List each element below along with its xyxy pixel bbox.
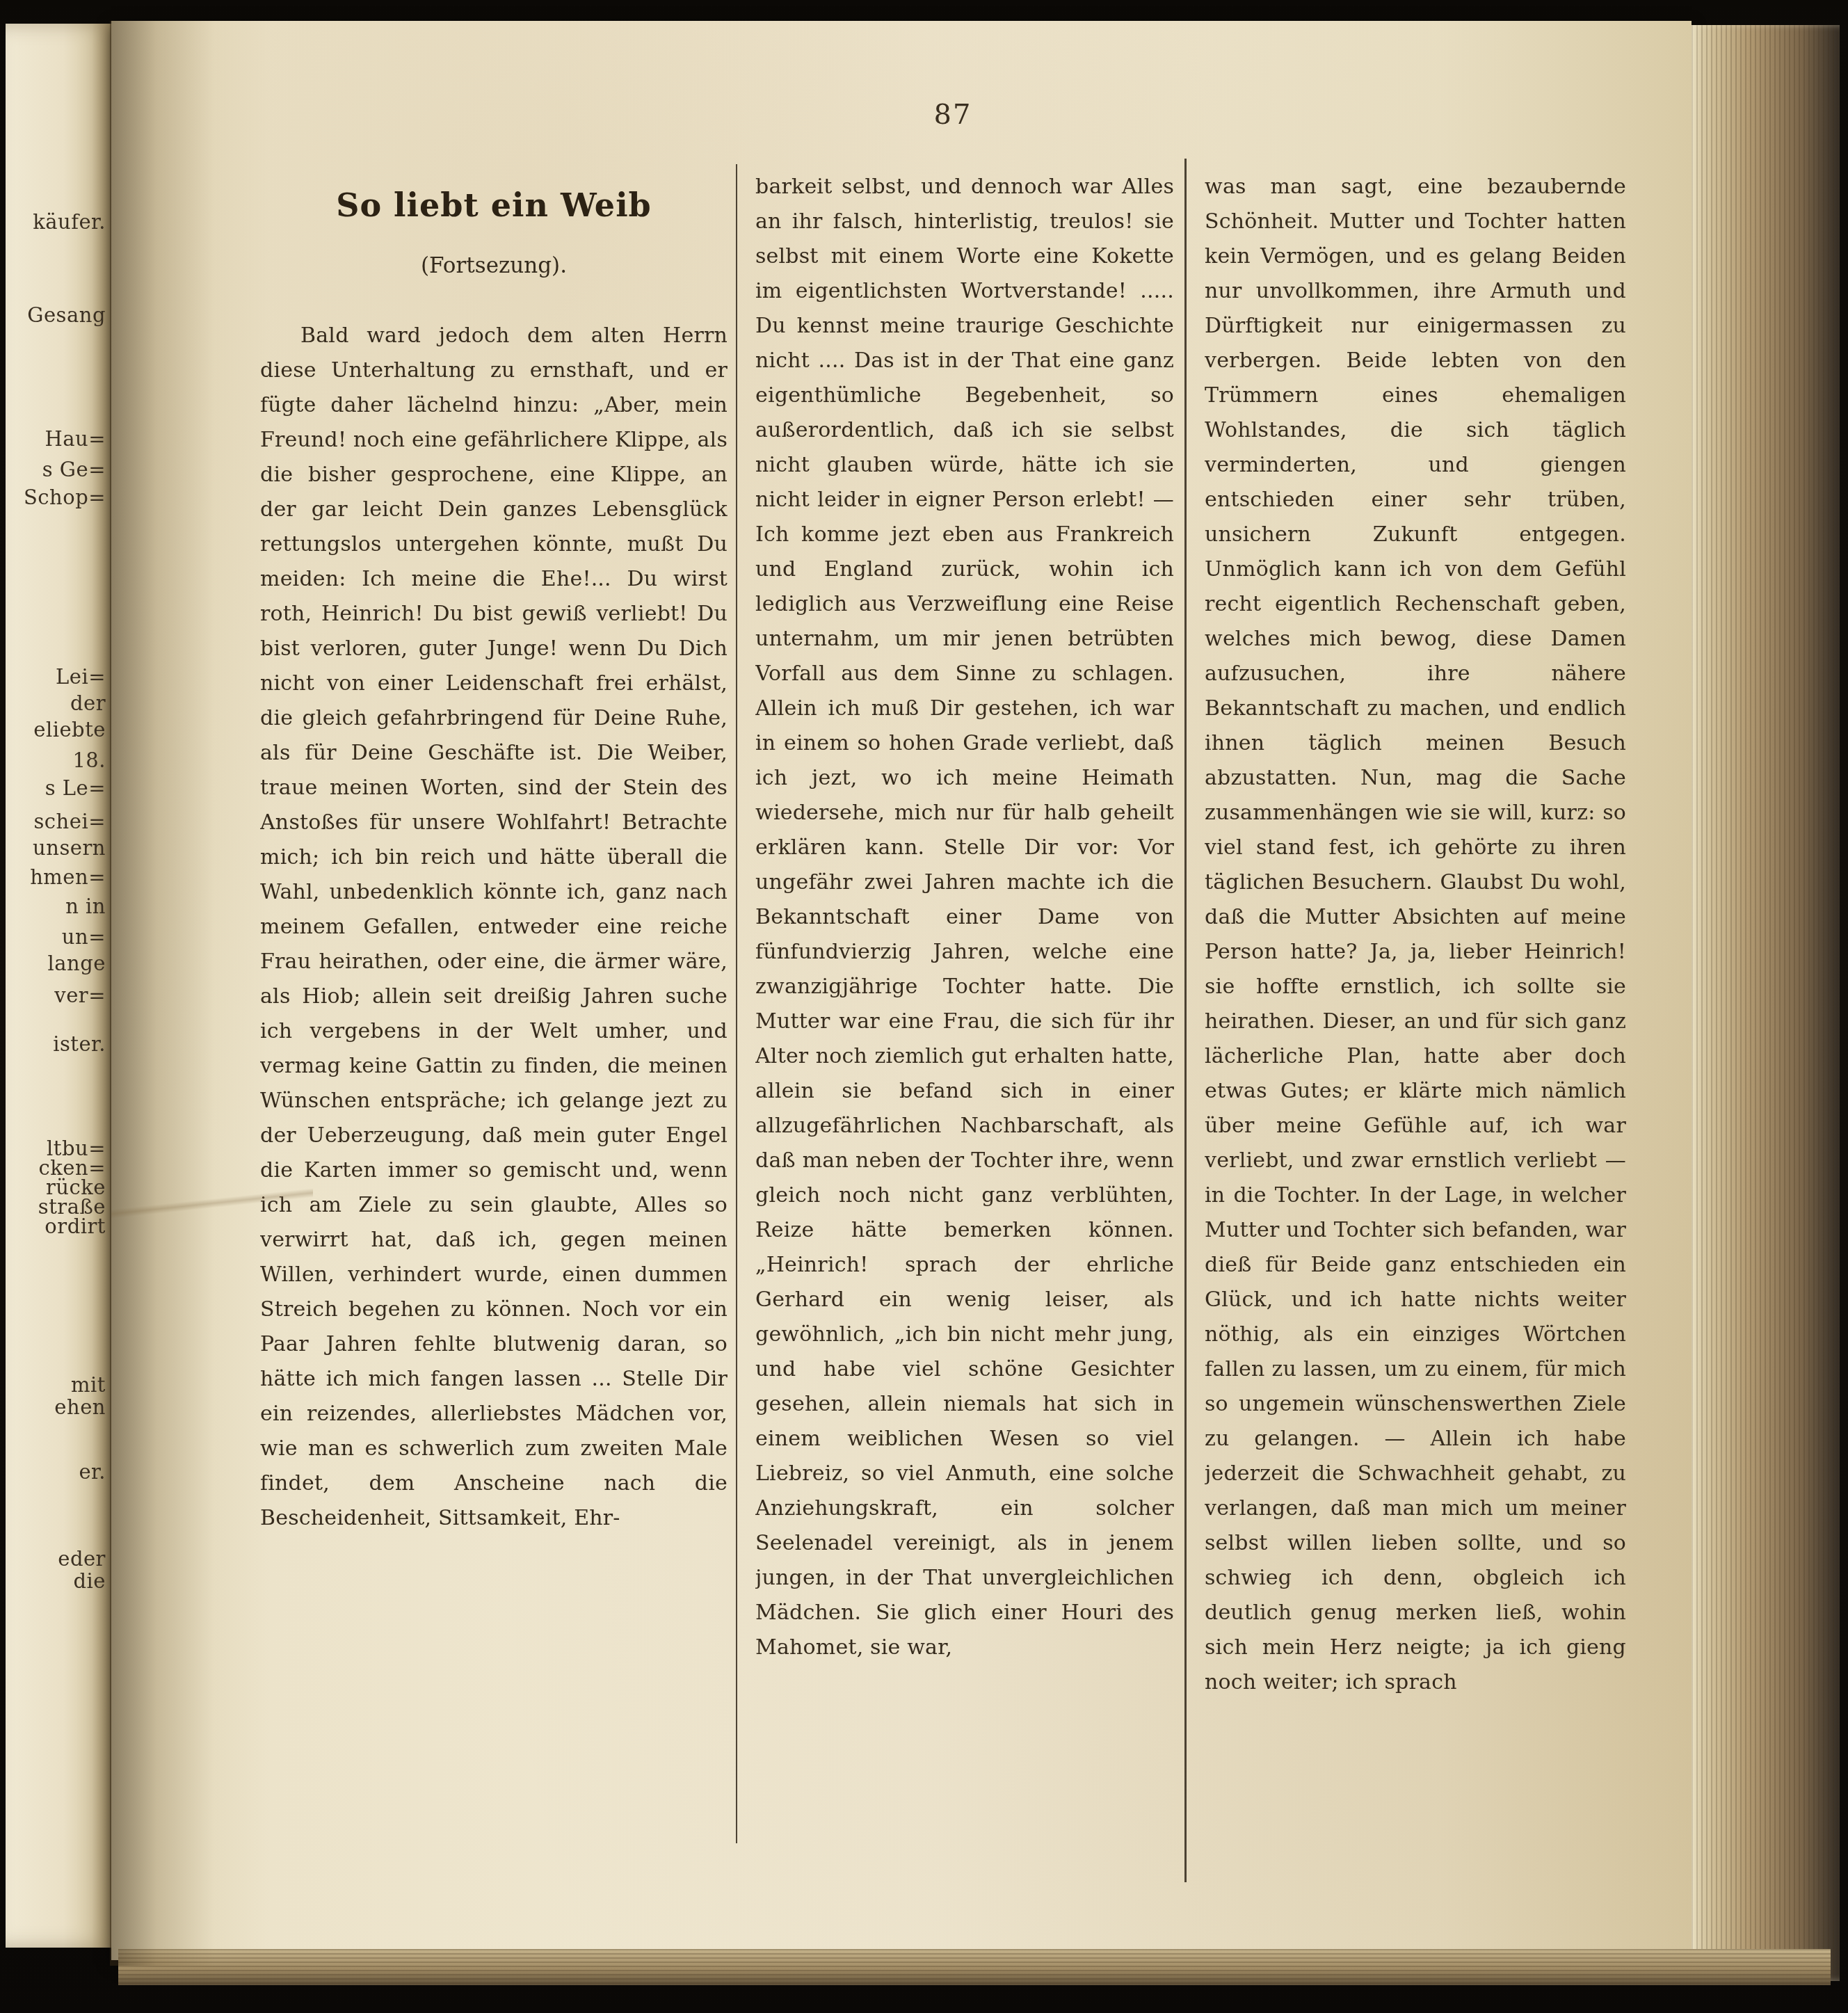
book-scan: käufer. Gesang Hau= s Ge= Schop= Lei= de… [0,0,1848,2013]
bottom-edge-page-stack [118,1949,1831,1985]
article-text-column-1: Bald ward jedoch dem alten Herrn diese U… [260,319,728,1536]
book-page: 87 So liebt ein Weib (Fortsezung). Bald … [111,21,1692,1960]
left-page-text-fragment: ver= [54,984,106,1007]
left-page-text-fragment: Schop= [24,486,106,509]
text-column-1: So liebt ein Weib (Fortsezung). Bald war… [260,186,728,1856]
fore-edge-page-stack [1692,25,1840,1981]
left-page-text-fragment: eder [58,1547,106,1571]
left-page-text-fragment: n in [65,895,106,918]
left-page-text-fragment: Hau= [45,427,106,451]
text-column-2: barkeit selbst, und dennoch war Alles an… [755,170,1174,1864]
column-divider-right [1184,159,1187,1882]
left-page-text-fragment: ister. [53,1032,106,1056]
left-page-text-fragment: ehen [54,1395,106,1419]
left-page-text-fragment: die [73,1569,106,1593]
left-page-text-fragment: unsern [33,836,106,860]
left-page-text-fragment: Gesang [27,303,106,327]
article-text-column-2: barkeit selbst, und dennoch war Alles an… [755,170,1174,1665]
left-page-text-fragment: käufer. [33,210,106,234]
left-page-text-fragment: hmen= [30,865,106,889]
left-page-text-fragment: s Ge= [42,458,106,481]
left-page-text-fragment: un= [62,925,106,949]
column-divider-left [736,164,737,1843]
article-subtitle: (Fortsezung). [260,253,728,278]
left-page-text-fragment: s Le= [45,776,106,800]
page-number: 87 [876,99,1029,131]
left-page-text-fragment: der [70,691,106,715]
left-page-text-fragment: mit [71,1373,106,1397]
text-column-3: was man sagt, eine bezaubernde Schönheit… [1205,170,1626,1872]
article-title: So liebt ein Weib [260,186,728,224]
left-page-text-fragment: er. [79,1460,106,1484]
article-text-column-3: was man sagt, eine bezaubernde Schönheit… [1205,170,1626,1700]
left-page-text-fragment: eliebte [33,718,106,741]
facing-page-sliver: käufer. Gesang Hau= s Ge= Schop= Lei= de… [6,24,111,1948]
left-page-text-fragment: lange [48,952,106,975]
left-page-text-fragment: 18. [72,748,106,772]
left-page-text-fragment: ordirt [45,1214,106,1238]
left-page-text-fragment: schei= [33,810,106,833]
left-page-text-fragment: Lei= [56,665,106,689]
